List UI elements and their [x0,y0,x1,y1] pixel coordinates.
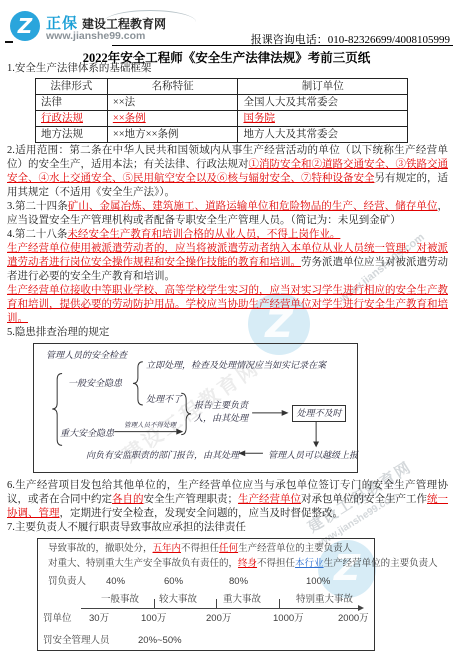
flow-immediate: 立即处理，检查及处理情况应当如实记录在案 [146,360,326,371]
section-7-heading: 7.主要负责人不履行职责导致事故应承担的法律责任 [7,521,448,535]
col-header: 名称特征 [107,79,238,95]
flow-major: 重大安全隐患 [60,428,114,439]
penalty-line-2: 对重大、特别重大生产安全事故负有责任的，终身不得担任本行业生产经营单位的主要负责… [48,558,438,570]
flow-report-line2: 人，由其处理 [194,413,248,424]
document-page: Z Z www.jianshe99.com 建设工程教育网 www.jiansh… [0,0,453,657]
flow-dept: 向负有安监职责的部门报告，由其处理 [86,450,239,461]
severity-axis [81,608,359,609]
cell: 全国人大及其常委会 [238,95,408,111]
col-header: 法律形式 [36,79,108,95]
body-content: 1.安全生产法律体系的基础框架 法律形式 名称特征 制订单位 法律 ××法 全国… [7,62,448,651]
fine-leader-label: 罚负责人 [48,576,86,588]
flow-no-handle: 管理人员不得处理 [124,420,176,431]
fine-leader-value: 80% [229,576,248,588]
fine-unit-value: 100万 [141,613,166,625]
table-row: 地方法规 ××地方××条例 地方人大及其常委会 [36,127,408,143]
section-2-paragraph: 2.适用范围：第二条在中华人民共和国领域内从事生产经营活动的单位（以下统称生产经… [7,144,448,200]
col-header: 制订单位 [238,79,408,95]
section-3-paragraph: 3.第二十四条矿山、金属冶炼、建筑施工、道路运输单位和危险物品的生产、经营、储存… [7,200,448,228]
header-rule [112,45,453,46]
penalty-diagram: 导致事故的，撤职处分，五年内不得担任任何生产经营单位的主要负责人 对重大、特别重… [37,538,375,651]
law-system-table: 法律形式 名称特征 制订单位 法律 ××法 全国人大及其常委会 行政法规 ××条… [35,78,408,143]
cell: 行政法规 [36,111,108,127]
axis-tick [154,599,155,609]
table-row-highlighted: 行政法规 ××条例 国务院 [36,111,408,127]
table-row: 法律 ××法 全国人大及其常委会 [36,95,408,111]
flow-general: 一般安全隐患 [68,378,122,389]
flow-cannot: 处理不了 [146,394,182,405]
cell: 地方人大及其常委会 [238,127,408,143]
flow-bypass: 管理人员可以越级上报 [268,450,358,461]
cell: 国务院 [238,111,408,127]
cell: ××法 [107,95,238,111]
fine-unit-value: 30万 [89,613,109,625]
fine-leader-value: 100% [306,576,330,588]
fine-unit-label: 罚单位 [43,613,72,625]
axis-tick [279,599,280,609]
section-4-paragraph: 生产经营单位接收中等职业学校、高等学校学生实习的，应当对实习学生进行相应的安全生… [7,284,448,326]
cell: 法律 [36,95,108,111]
brand-arc-decoration [104,10,196,22]
cell: 地方法规 [36,127,108,143]
axis-tick [216,599,217,609]
severity-axis-arrowhead-icon [358,605,364,611]
accident-level: 较大事故 [159,594,197,606]
section-6-paragraph: 6.生产经营项目发包给其他单位的，生产经营单位应当与承包单位签订专门的安全生产管… [7,479,448,521]
accident-level: 一般事故 [101,594,139,606]
z-swoosh-logo-icon: Z [10,11,40,41]
table-header-row: 法律形式 名称特征 制订单位 [36,79,408,95]
fine-unit-value: 200万 [206,613,231,625]
section-4-paragraph: 生产经营单位使用被派遣劳动者的，应当将被派遣劳动者纳入本单位从业人员统一管理，对… [7,242,448,284]
fine-unit-value: 2000万 [338,613,369,625]
fine-manager-label: 罚安全管理人员 [43,635,110,647]
stray-mark [5,41,13,43]
fine-unit-value: 1000万 [273,613,304,625]
flow-untimely-box: 处理不及时 [292,405,346,422]
brand-url: www.jianshe99.com [46,30,145,42]
fine-leader-value: 60% [164,576,183,588]
fine-manager-value: 20%~50% [138,635,182,647]
flow-title: 管理人员的安全检查 [46,350,127,361]
section-1-heading: 1.安全生产法律体系的基础框架 [7,62,448,76]
hazard-flowchart: 管理人员的安全检查 一般安全隐患 立即处理，检查及处理情况应当如实记录在案 处理… [33,343,358,473]
section-4-paragraph: 4.第二十八条未经安全生产教育和培训合格的从业人员，不得上岗作业。 [7,228,448,242]
penalty-line-1: 导致事故的，撤职处分，五年内不得担任任何生产经营单位的主要负责人 [48,543,352,555]
accident-level: 重大事故 [223,594,261,606]
section-5-heading: 5.隐患排查治理的规定 [7,326,448,340]
cell: ××条例 [107,111,238,127]
flow-report-line1: 报告主要负责 [194,400,248,411]
cell: ××地方××条例 [107,127,238,143]
site-logo: Z 正保 建设工程教育网 www.jianshe99.com [10,9,200,45]
accident-level: 特别重大事故 [296,594,353,606]
fine-leader-value: 40% [106,576,125,588]
